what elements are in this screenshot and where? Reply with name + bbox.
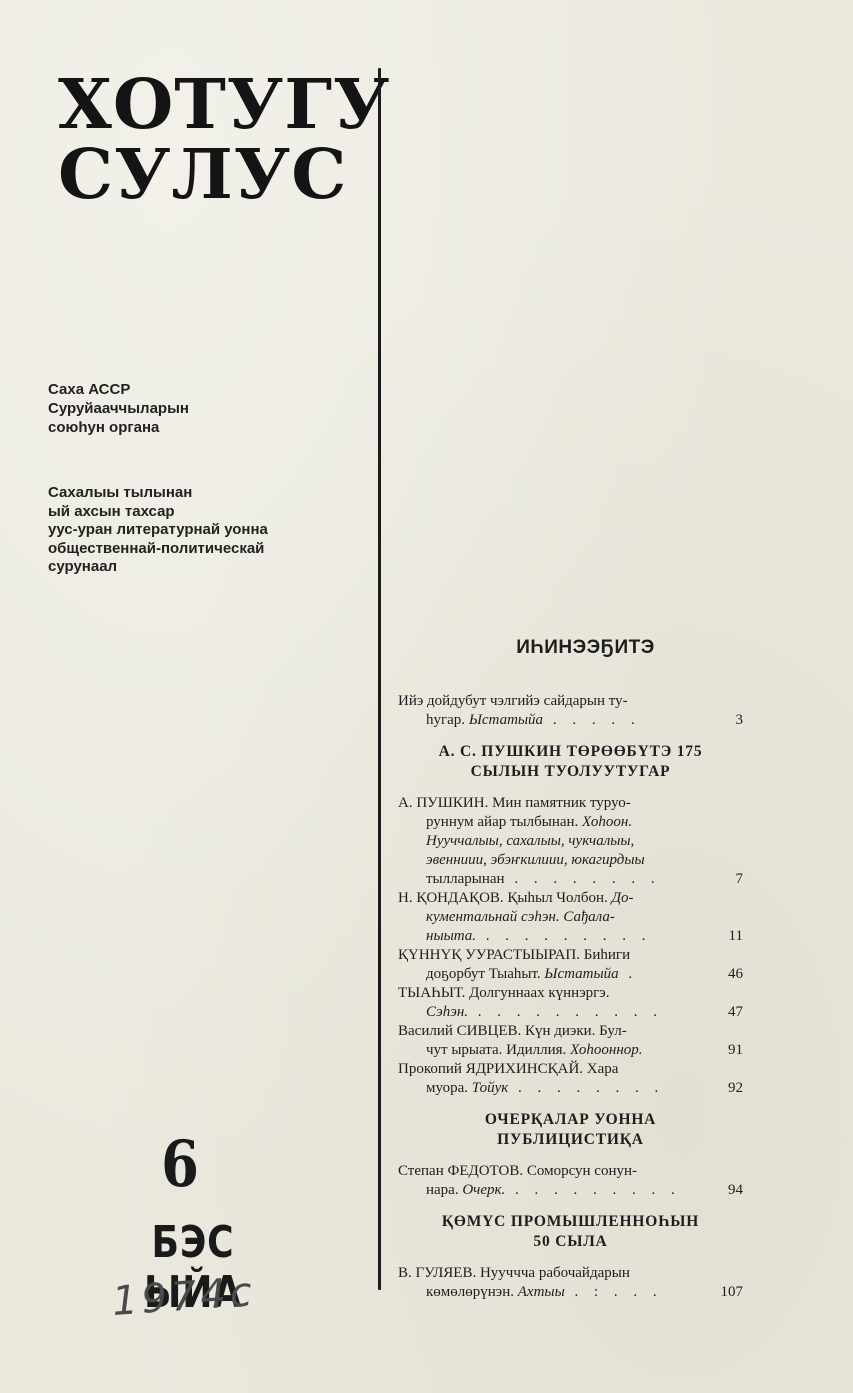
toc-entry-line: тылларынан . . . . . . . . bbox=[398, 870, 701, 889]
issue-number: 6 bbox=[95, 1130, 265, 1200]
page-number: 3 bbox=[703, 711, 743, 730]
dot-leader: . bbox=[619, 966, 639, 982]
toc-entry[interactable]: ҚҮННҮҚ УУРАСТЫЫРАП. Биһигидоҕорбут Тыаһы… bbox=[398, 946, 743, 984]
page-number: 91 bbox=[703, 1041, 743, 1060]
page-number: 107 bbox=[703, 1283, 743, 1302]
section-heading-line: ПУБЛИЦИСТИҚА bbox=[398, 1130, 743, 1150]
section-heading: А. С. ПУШКИН ТӨРӨӨБҮТЭ 175СЫЛЫН ТУОЛУУТУ… bbox=[398, 742, 743, 782]
page-number: 47 bbox=[703, 1003, 743, 1022]
page-number: 7 bbox=[703, 870, 743, 889]
section-heading-line: А. С. ПУШКИН ТӨРӨӨБҮТЭ 175 bbox=[398, 742, 743, 762]
entry-genre: эвенниии, эбэҥкилиии, юкагирдыы bbox=[426, 852, 645, 868]
entry-text: А. ПУШКИН. Мин памятник туруо- bbox=[398, 795, 631, 811]
entry-text: Н. ҚОНДАҚОВ. Қыһыл Чолбон. bbox=[398, 890, 612, 906]
entry-text: Ийэ дойдубут чэлгийэ сайдарын ту- bbox=[398, 693, 628, 709]
toc-entry[interactable]: В. ГУЛЯЕВ. Нууччча рабочайдарынкөмөлөрүн… bbox=[398, 1264, 743, 1302]
entry-text: доҕорбут Тыаһыт. bbox=[426, 966, 544, 982]
toc-entry-line: Степан ФЕДОТОВ. Соморсун сонун- bbox=[398, 1162, 701, 1181]
page-number: 46 bbox=[703, 965, 743, 984]
magazine-title: ХОТУГУ СУЛУС bbox=[58, 70, 364, 210]
dot-leader: . . . . . . . . bbox=[508, 1080, 664, 1096]
magazine-title-line-2: СУЛУС bbox=[58, 140, 364, 210]
entry-genre: кументальнай сэһэн. Сађала- bbox=[426, 909, 615, 925]
dot-leader: . . . . . . . . . bbox=[505, 1182, 681, 1198]
contents-list: Ийэ дойдубут чэлгийэ сайдарын ту-һугар. … bbox=[398, 692, 743, 1302]
section-heading-line: 50 СЫЛА bbox=[398, 1232, 743, 1252]
description-line: общественнай-политическай bbox=[48, 540, 348, 559]
toc-entry-line: кументальнай сэһэн. Сађала- bbox=[398, 908, 701, 927]
section-heading-line: СЫЛЫН ТУОЛУУТУГАР bbox=[398, 762, 743, 782]
toc-entry[interactable]: Прокопий ЯДРИХИНСҚАЙ. Харамуора. Тойук .… bbox=[398, 1060, 743, 1098]
description-line: сурунаал bbox=[48, 558, 348, 577]
description-line: уус-уран литературнай уонна bbox=[48, 521, 348, 540]
page-number: 94 bbox=[703, 1181, 743, 1200]
toc-entry-line: ТЫАҺЫТ. Долгуннаах күннэргэ. bbox=[398, 984, 701, 1003]
section-heading: ОЧЕРҚАЛАР УОННАПУБЛИЦИСТИҚА bbox=[398, 1110, 743, 1150]
publisher-info: Саха АССР Суруйааччыларын союһун органа bbox=[48, 380, 348, 437]
description-line: Сахалыы тылынан bbox=[48, 484, 348, 503]
section-heading-line: ОЧЕРҚАЛАР УОННА bbox=[398, 1110, 743, 1130]
entry-genre: ныыта. bbox=[426, 928, 476, 944]
toc-entry-line: Прокопий ЯДРИХИНСҚАЙ. Хара bbox=[398, 1060, 701, 1079]
entry-text: тылларынан bbox=[426, 871, 505, 887]
toc-entry-line: ныыта. . . . . . . . . . bbox=[398, 927, 701, 946]
section-heading-line: ҚӨМҮС ПРОМЫШЛЕННОҺЫН bbox=[398, 1212, 743, 1232]
entry-genre: Ыстатыйа bbox=[469, 712, 543, 728]
entry-text: ҚҮННҮҚ УУРАСТЫЫРАП. Биһиги bbox=[398, 947, 630, 963]
entry-text: һугар. bbox=[426, 712, 469, 728]
toc-entry[interactable]: Василий СИВЦЕВ. Күн диэки. Бул-чут ырыат… bbox=[398, 1022, 743, 1060]
toc-entry[interactable]: Н. ҚОНДАҚОВ. Қыһыл Чолбон. До-кументальн… bbox=[398, 889, 743, 946]
publisher-line: Суруйааччыларын bbox=[48, 399, 348, 418]
entry-text: муора. bbox=[426, 1080, 472, 1096]
dot-leader: . . . . . . . . bbox=[505, 871, 661, 887]
magazine-description: Сахалыы тылынан ый ахсын тахсар уус-уран… bbox=[48, 484, 348, 577]
toc-entry-line: А. ПУШКИН. Мин памятник туруо- bbox=[398, 794, 701, 813]
dot-leader: . . . . . bbox=[543, 712, 641, 728]
toc-entry-line: Василий СИВЦЕВ. Күн диэки. Бул- bbox=[398, 1022, 701, 1041]
page-number: 11 bbox=[703, 927, 743, 946]
toc-entry-line: Н. ҚОНДАҚОВ. Қыһыл Чолбон. До- bbox=[398, 889, 701, 908]
entry-text: Степан ФЕДОТОВ. Соморсун сонун- bbox=[398, 1163, 637, 1179]
toc-entry-line: эвенниии, эбэҥкилиии, юкагирдыы bbox=[398, 851, 701, 870]
toc-entry-line: Ийэ дойдубут чэлгийэ сайдарын ту- bbox=[398, 692, 701, 711]
entry-text: В. ГУЛЯЕВ. Нууччча рабочайдарын bbox=[398, 1265, 630, 1281]
toc-entry-line: муора. Тойук . . . . . . . . bbox=[398, 1079, 701, 1098]
toc-entry[interactable]: Степан ФЕДОТОВ. Соморсун сонун-нара. Оче… bbox=[398, 1162, 743, 1200]
toc-entry-line: В. ГУЛЯЕВ. Нууччча рабочайдарын bbox=[398, 1264, 701, 1283]
toc-entry[interactable]: ТЫАҺЫТ. Долгуннаах күннэргэ.Сэһэн. . . .… bbox=[398, 984, 743, 1022]
entry-text: Василий СИВЦЕВ. Күн диэки. Бул- bbox=[398, 1023, 627, 1039]
entry-genre: Нууччалыы, сахалыы, чукчалыы, bbox=[426, 833, 634, 849]
section-heading: ҚӨМҮС ПРОМЫШЛЕННОҺЫН50 СЫЛА bbox=[398, 1212, 743, 1252]
toc-entry-line: Нууччалыы, сахалыы, чукчалыы, bbox=[398, 832, 701, 851]
entry-genre: Ахтыы bbox=[518, 1284, 565, 1300]
entry-genre: Хоһоон. bbox=[582, 814, 632, 830]
description-line: ый ахсын тахсар bbox=[48, 503, 348, 522]
entry-text: Прокопий ЯДРИХИНСҚАЙ. Хара bbox=[398, 1061, 618, 1077]
page-number: 92 bbox=[703, 1079, 743, 1098]
toc-entry-line: Сэһэн. . . . . . . . . . . bbox=[398, 1003, 701, 1022]
entry-text: ТЫАҺЫТ. Долгуннаах күннэргэ. bbox=[398, 985, 609, 1001]
toc-entry-line: чут ырыата. Идиллия. Хоһооннор. bbox=[398, 1041, 701, 1060]
entry-genre: Ыстатыйа bbox=[544, 966, 618, 982]
entry-text: руннум айар тылбынан. bbox=[426, 814, 582, 830]
entry-genre: Очерк. bbox=[462, 1182, 505, 1198]
contents-title: ИҺИНЭЭҔИТЭ bbox=[428, 630, 743, 666]
table-of-contents: ИҺИНЭЭҔИТЭ Ийэ дойдубут чэлгийэ сайдарын… bbox=[398, 630, 743, 1302]
toc-entry[interactable]: Ийэ дойдубут чэлгийэ сайдарын ту-һугар. … bbox=[398, 692, 743, 730]
publisher-line: Саха АССР bbox=[48, 380, 348, 399]
toc-entry-line: доҕорбут Тыаһыт. Ыстатыйа . bbox=[398, 965, 701, 984]
toc-entry-line: көмөлөрүнэн. Ахтыы . : . . . bbox=[398, 1283, 701, 1302]
toc-entry[interactable]: А. ПУШКИН. Мин памятник туруо-руннум айа… bbox=[398, 794, 743, 889]
toc-entry-line: һугар. Ыстатыйа . . . . . bbox=[398, 711, 701, 730]
toc-entry-line: нара. Очерк. . . . . . . . . . bbox=[398, 1181, 701, 1200]
dot-leader: . . . . . . . . . . bbox=[468, 1004, 663, 1020]
publisher-line: союһун органа bbox=[48, 418, 348, 437]
entry-genre: Хоһооннор. bbox=[570, 1042, 643, 1058]
entry-genre: Тойук bbox=[472, 1080, 508, 1096]
entry-text: чут ырыата. Идиллия. bbox=[426, 1042, 570, 1058]
column-divider bbox=[378, 68, 381, 1290]
entry-genre: До- bbox=[612, 890, 634, 906]
toc-entry-line: руннум айар тылбынан. Хоһоон. bbox=[398, 813, 701, 832]
entry-text: нара. bbox=[426, 1182, 462, 1198]
dot-leader: . . . . . . . . . bbox=[476, 928, 652, 944]
entry-genre: Сэһэн. bbox=[426, 1004, 468, 1020]
toc-entry-line: ҚҮННҮҚ УУРАСТЫЫРАП. Биһиги bbox=[398, 946, 701, 965]
magazine-title-line-1: ХОТУГУ bbox=[58, 70, 364, 140]
dot-leader: . : . . . bbox=[565, 1284, 663, 1300]
entry-text: көмөлөрүнэн. bbox=[426, 1284, 518, 1300]
